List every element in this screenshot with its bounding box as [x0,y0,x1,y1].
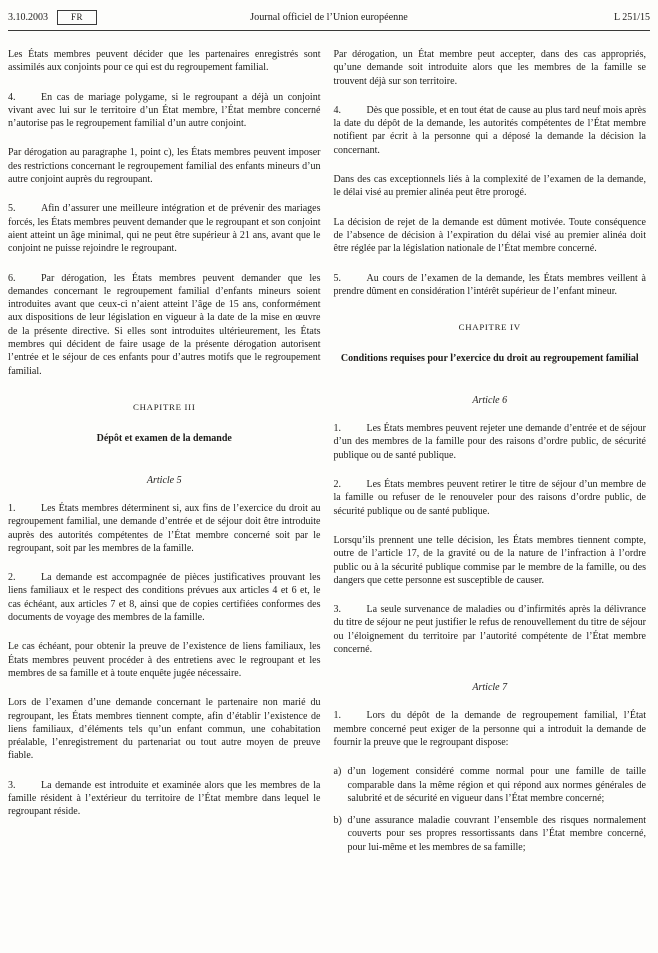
paragraph-text: Les États membres peuvent rejeter une de… [334,423,647,461]
right-column: Par dérogation, un État membre peut acce… [334,48,647,863]
paragraph-text: La décision de rejet de la demande est d… [334,217,647,255]
numbered-paragraph: 4.En cas de mariage polygame, si le regr… [8,91,321,131]
paragraph-text: Afin d’assurer une meilleure intégration… [8,203,321,254]
paragraph-number: 2. [8,571,41,584]
header-left: 3.10.2003 FR [8,10,213,25]
paragraph: Par dérogation au paragraphe 1, point c)… [8,146,321,186]
paragraph-number: 4. [334,104,367,117]
paragraph-text: Lors du dépôt de la demande de regroupem… [334,710,647,748]
paragraph-number: 2. [334,478,367,491]
paragraph-text: Par dérogation, les États membres peuven… [8,273,321,377]
list-item-marker: a) [334,765,342,778]
paragraph-number: 3. [334,603,367,616]
paragraph-text: Par dérogation, un État membre peut acce… [334,49,647,87]
article-label: Article 5 [8,475,321,486]
numbered-paragraph: 3.La demande est introduite et examinée … [8,779,321,819]
chapter-title: Conditions requises pour l’exercice du d… [334,352,647,365]
paragraph: Par dérogation, un État membre peut acce… [334,48,647,88]
paragraph-text: Lors de l’examen d’une demande concernan… [8,697,321,761]
numbered-paragraph: 5.Afin d’assurer une meilleure intégrati… [8,202,321,255]
list-item-text: d’un logement considéré comme normal pou… [348,766,647,804]
paragraph-text: Les États membres déterminent si, aux fi… [8,503,321,554]
left-column: Les États membres peuvent décider que le… [8,48,321,863]
paragraph-text: Les États membres peuvent retirer le tit… [334,479,647,517]
header-rule [8,30,650,31]
numbered-paragraph: 1.Les États membres déterminent si, aux … [8,502,321,555]
chapter-title: Dépôt et examen de la demande [8,432,321,445]
paragraph-number: 4. [8,91,41,104]
publication-date: 3.10.2003 [8,12,48,23]
paragraph-text: Au cours de l’examen de la demande, les … [334,273,647,297]
paragraph-text: La demande est accompagnée de pièces jus… [8,572,321,623]
list-item: a)d’un logement considéré comme normal p… [334,765,647,805]
chapter-label: CHAPITRE IV [334,322,647,332]
paragraph-number: 3. [8,779,41,792]
paragraph: Dans des cas exceptionnels liés à la com… [334,173,647,200]
numbered-paragraph: 2.La demande est accompagnée de pièces j… [8,571,321,624]
paragraph: Les États membres peuvent décider que le… [8,48,321,75]
paragraph-text: Dès que possible, et en tout état de cau… [334,105,647,156]
language-badge: FR [57,10,97,25]
numbered-paragraph: 1.Lors du dépôt de la demande de regroup… [334,709,647,749]
paragraph-text: Dans des cas exceptionnels liés à la com… [334,174,647,198]
paragraph-number: 1. [8,502,41,515]
numbered-paragraph: 5.Au cours de l’examen de la demande, le… [334,272,647,299]
paragraph-text: En cas de mariage polygame, si le regrou… [8,92,321,130]
list-item-marker: b) [334,814,342,827]
paragraph: La décision de rejet de la demande est d… [334,216,647,256]
paragraph: Lorsqu’ils prennent une telle décision, … [334,534,647,587]
list-item-text: d’une assurance maladie couvrant l’ensem… [348,815,647,853]
journal-page: 3.10.2003 FR Journal officiel de l’Union… [0,0,658,863]
paragraph-number: 5. [8,202,41,215]
numbered-paragraph: 4.Dès que possible, et en tout état de c… [334,104,647,157]
document-body: Les États membres peuvent décider que le… [8,48,650,863]
numbered-paragraph: 2.Les États membres peuvent retirer le t… [334,478,647,518]
chapter-label: CHAPITRE III [8,402,321,412]
paragraph-text: Par dérogation au paragraphe 1, point c)… [8,147,321,185]
article-label: Article 6 [334,395,647,406]
numbered-paragraph: 1.Les États membres peuvent rejeter une … [334,422,647,462]
article-label: Article 7 [334,682,647,693]
page-header: 3.10.2003 FR Journal officiel de l’Union… [8,0,650,26]
paragraph-number: 6. [8,272,41,285]
paragraph-text: Le cas échéant, pour obtenir la preuve d… [8,641,321,679]
numbered-paragraph: 3.La seule survenance de maladies ou d’i… [334,603,647,656]
paragraph-text: Lorsqu’ils prennent une telle décision, … [334,535,647,586]
paragraph-number: 1. [334,422,367,435]
paragraph: Le cas échéant, pour obtenir la preuve d… [8,640,321,680]
page-reference: L 251/15 [445,12,650,23]
paragraph-text: Les États membres peuvent décider que le… [8,49,321,73]
paragraph-number: 5. [334,272,367,285]
paragraph: Lors de l’examen d’une demande concernan… [8,696,321,762]
paragraph-number: 1. [334,709,367,722]
list-item: b)d’une assurance maladie couvrant l’ens… [334,814,647,854]
paragraph-text: La seule survenance de maladies ou d’inf… [334,604,647,655]
journal-title: Journal officiel de l’Union européenne [213,12,445,23]
paragraph-text: La demande est introduite et examinée al… [8,780,321,818]
numbered-paragraph: 6.Par dérogation, les États membres peuv… [8,272,321,378]
